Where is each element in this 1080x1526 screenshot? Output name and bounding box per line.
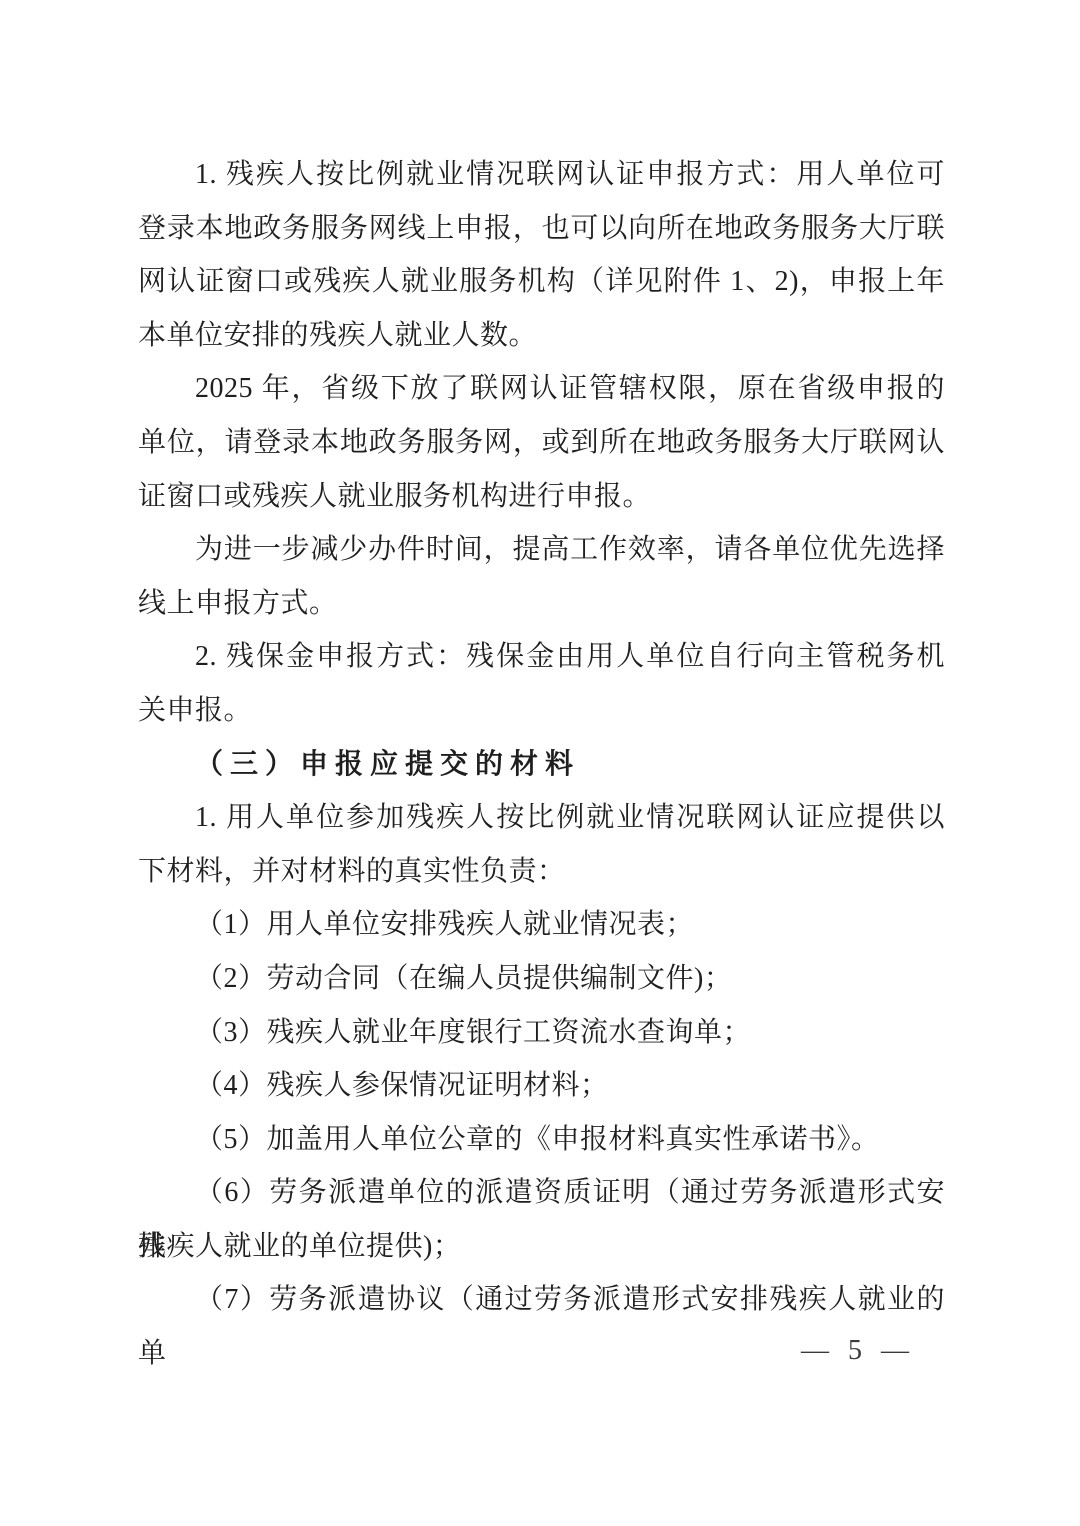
document-body: 1. 残疾人按比例就业情况联网认证申报方式：用人单位可 登录本地政务服务网线上申…: [138, 148, 945, 1327]
paragraph-line: 下材料，并对材料的真实性负责：: [138, 845, 945, 899]
paragraph-line: 网认证窗口或残疾人就业服务机构（详见附件 1、2)，申报上年: [138, 255, 945, 309]
paragraph-line: 1. 用人单位参加残疾人按比例就业情况联网认证应提供以: [138, 791, 945, 845]
paragraph-line: 1. 残疾人按比例就业情况联网认证申报方式：用人单位可: [138, 148, 945, 202]
paragraph-line: 2025 年，省级下放了联网认证管辖权限，原在省级申报的: [138, 362, 945, 416]
list-item-line: （3）残疾人就业年度银行工资流水查询单；: [138, 1006, 945, 1060]
paragraph-line: 关申报。: [138, 684, 945, 738]
paragraph-line: 本单位安排的残疾人就业人数。: [138, 309, 945, 363]
list-item-line: （2）劳动合同（在编人员提供编制文件)；: [138, 952, 945, 1006]
list-item-line: （1）用人单位安排残疾人就业情况表；: [138, 898, 945, 952]
page-number: — 5 —: [801, 1336, 915, 1366]
paragraph-line: 2. 残保金申报方式：残保金由用人单位自行向主管税务机: [138, 630, 945, 684]
list-item-line: 残疾人就业的单位提供)；: [138, 1220, 945, 1274]
paragraph-line: 证窗口或残疾人就业服务机构进行申报。: [138, 470, 945, 524]
list-item-line: （6）劳务派遣单位的派遣资质证明（通过劳务派遣形式安排: [138, 1166, 945, 1220]
document-page: 1. 残疾人按比例就业情况联网认证申报方式：用人单位可 登录本地政务服务网线上申…: [0, 0, 1080, 1526]
list-item-line: （5）加盖用人单位公章的《申报材料真实性承诺书》。: [138, 1113, 945, 1167]
section-heading: （三）申报应提交的材料: [138, 738, 945, 792]
list-item-line: （7）劳务派遣协议（通过劳务派遣形式安排残疾人就业的单: [138, 1273, 945, 1327]
paragraph-line: 登录本地政务服务网线上申报，也可以向所在地政务服务大厅联: [138, 202, 945, 256]
list-item-line: （4）残疾人参保情况证明材料；: [138, 1059, 945, 1113]
paragraph-line: 单位，请登录本地政务服务网，或到所在地政务服务大厅联网认: [138, 416, 945, 470]
paragraph-line: 线上申报方式。: [138, 577, 945, 631]
paragraph-line: 为进一步减少办件时间，提高工作效率，请各单位优先选择: [138, 523, 945, 577]
